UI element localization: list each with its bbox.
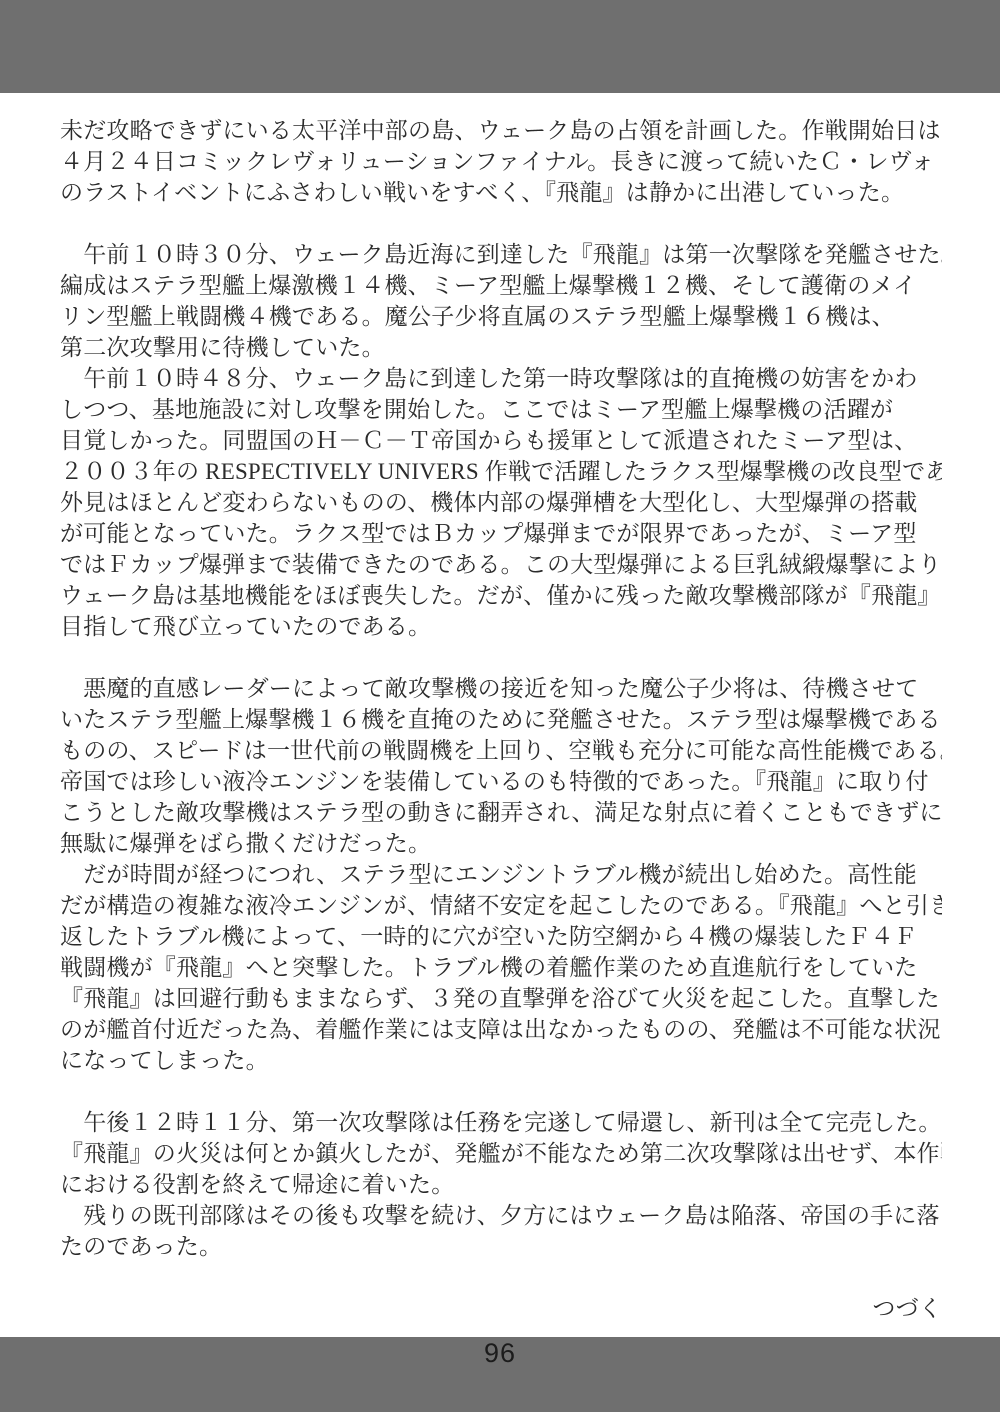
text-line: だが構造の複雑な液冷エンジンが、情緒不安定を起こしたのである。『飛龍』へと引き [60,890,942,921]
text-line: になってしまった。 [60,1045,942,1076]
text-line: における役割を終えて帰途に着いた。 [60,1169,942,1200]
text-line: ウェーク島は基地機能をほぼ喪失した。だが、僅かに残った敵攻撃機部隊が『飛龍』 [60,580,942,611]
text-line: 目覚しかった。同盟国のＨ－Ｃ－Ｔ帝国からも援軍として派遣されたミーア型は、 [60,425,942,456]
text-line: 『飛龍』は回避行動もままならず、３発の直撃弾を浴びて火災を起こした。直撃した [60,983,942,1014]
text-line: のが艦首付近だった為、着艦作業には支障は出なかったものの、発艦は不可能な状況 [60,1014,942,1045]
text-line: 無駄に爆弾をばら撒くだけだった。 [60,828,942,859]
text-line: ものの、スピードは一世代前の戦闘機を上回り、空戦も充分に可能な高性能機である。 [60,735,942,766]
text-line: 外見はほとんど変わらないものの、機体内部の爆弾槽を大型化し、大型爆弾の搭載 [60,487,942,518]
text-line: こうとした敵攻撃機はステラ型の動きに翻弄され、満足な射点に着くこともできずに [60,797,942,828]
text-line: 目指して飛び立っていたのである。 [60,611,942,642]
text-line: だが時間が経つにつれ、ステラ型にエンジントラブル機が続出し始めた。高性能 [60,859,942,890]
top-border-band [0,0,1000,93]
paragraph-3: 午前１０時４８分、ウェーク島に到達した第一時攻撃隊は的直掩機の妨害をかわ しつつ… [60,363,942,642]
text-line: リン型艦上戦闘機４機である。魔公子少将直属のステラ型艦上爆撃機１６機は、 [60,301,942,332]
text-line: ２００３年の RESPECTIVELY UNIVERS 作戦で活躍したラクス型爆… [60,456,942,487]
text-line: 午後１２時１１分、第一次攻撃隊は任務を完遂して帰還し、新刊は全て完売した。 [60,1107,942,1138]
paragraph-5: だが時間が経つにつれ、ステラ型にエンジントラブル機が続出し始めた。高性能 だが構… [60,859,942,1076]
text-line: しつつ、基地施設に対し攻撃を開始した。ここではミーア型艦上爆撃機の活躍が [60,394,942,425]
text-line: 編成はステラ型艦上爆激機１４機、ミーア型艦上爆撃機１２機、そして護衛のメイ [60,270,942,301]
text-line: たのであった。 [60,1231,942,1262]
page-number: 96 [484,1340,516,1367]
text-line: 午前１０時３０分、ウェーク島近海に到達した『飛龍』は第一次撃隊を発艦させた。 [60,239,942,270]
text-line: 午前１０時４８分、ウェーク島に到達した第一時攻撃隊は的直掩機の妨害をかわ [60,363,942,394]
text-line: 第二次攻撃用に待機していた。 [60,332,942,363]
text-line: が可能となっていた。ラクス型ではＢカップ爆弾までが限界であったが、ミーア型 [60,518,942,549]
text-line: のラストイベントにふさわしい戦いをすべく、『飛龍』は静かに出港していった。 [60,177,942,208]
text-line: 戦闘機が『飛龍』へと突撃した。トラブル機の着艦作業のため直進航行をしていた [60,952,942,983]
text-line: 帝国では珍しい液冷エンジンを装備しているのも特徴的であった。『飛龍』に取り付 [60,766,942,797]
paragraph-6: 午後１２時１１分、第一次攻撃隊は任務を完遂して帰還し、新刊は全て完売した。 『飛… [60,1107,942,1200]
text-line: ではＦカップ爆弾まで装備できたのである。この大型爆弾による巨乳絨緞爆撃により [60,549,942,580]
paragraph-7: 残りの既刊部隊はその後も攻撃を続け、夕方にはウェーク島は陥落、帝国の手に落ち た… [60,1200,942,1262]
text-line: 未だ攻略できずにいる太平洋中部の島、ウェーク島の占領を計画した。作戦開始日は [60,115,942,146]
continued-label: つづく [60,1293,942,1324]
text-line: 返したトラブル機によって、一時的に穴が空いた防空網から４機の爆装したＦ４Ｆ [60,921,942,952]
body-text: 未だ攻略できずにいる太平洋中部の島、ウェーク島の占領を計画した。作戦開始日は ４… [0,93,1000,1337]
text-line: 悪魔的直感レーダーによって敵攻撃機の接近を知った魔公子少将は、待機させて [60,673,942,704]
bottom-border-band: 96 [0,1337,1000,1412]
paragraph-4: 悪魔的直感レーダーによって敵攻撃機の接近を知った魔公子少将は、待機させて いたス… [60,673,942,859]
paragraph-2: 午前１０時３０分、ウェーク島近海に到達した『飛龍』は第一次撃隊を発艦させた。 編… [60,239,942,363]
text-line: ４月２４日コミックレヴォリューションファイナル。長きに渡って続いたＣ・レヴォ [60,146,942,177]
paragraph-1: 未だ攻略できずにいる太平洋中部の島、ウェーク島の占領を計画した。作戦開始日は ４… [60,115,942,208]
text-line: 残りの既刊部隊はその後も攻撃を続け、夕方にはウェーク島は陥落、帝国の手に落ち [60,1200,942,1231]
document-page: 未だ攻略できずにいる太平洋中部の島、ウェーク島の占領を計画した。作戦開始日は ４… [0,0,1000,1412]
text-line: 『飛龍』の火災は何とか鎮火したが、発艦が不能なため第二次攻撃隊は出せず、本作戦 [60,1138,942,1169]
text-line: いたステラ型艦上爆撃機１６機を直掩のために発艦させた。ステラ型は爆撃機である [60,704,942,735]
